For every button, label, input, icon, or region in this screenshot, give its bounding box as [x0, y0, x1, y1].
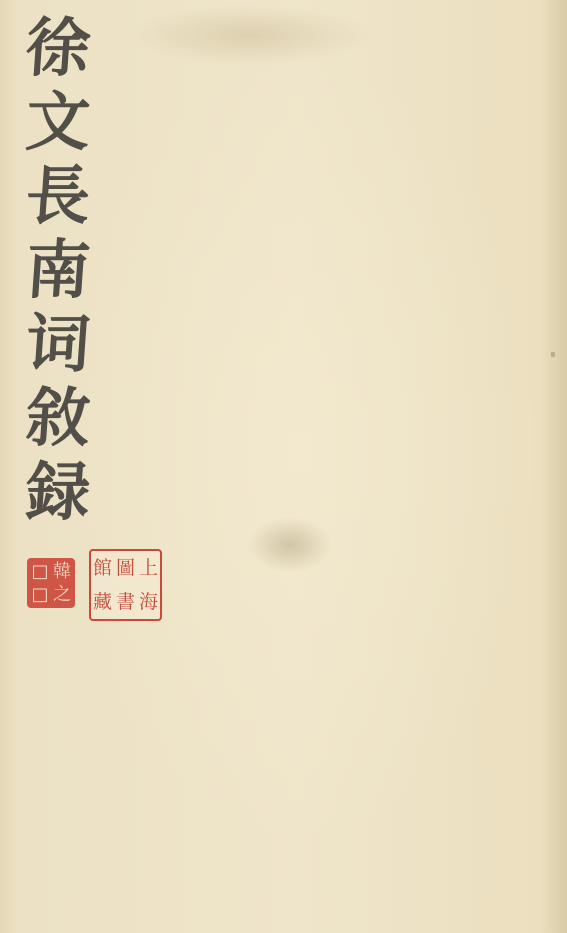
book-page: 徐 文 長 南 词 敘 録 韓 □ 之 □ 上 海 圖 書 館 藏 — [0, 0, 567, 933]
title-char: 文 — [5, 86, 110, 160]
seal-char: 上 — [137, 551, 160, 585]
title-char: 録 — [5, 456, 110, 530]
seal-char: 韓 — [51, 560, 73, 583]
paper-speck — [551, 352, 555, 357]
seal-char: 館 — [91, 551, 114, 585]
title-char: 徐 — [5, 12, 110, 86]
seal-char: 書 — [114, 585, 137, 619]
title-char: 長 — [5, 160, 110, 234]
title-char: 南 — [5, 234, 110, 308]
seal-library-collection: 上 海 圖 書 館 藏 — [89, 549, 162, 621]
seal-char: 之 — [51, 583, 73, 606]
seal-char: 圖 — [114, 551, 137, 585]
seal-char: □ — [29, 560, 51, 583]
title-char: 敘 — [5, 382, 110, 456]
seal-small: 韓 □ 之 □ — [27, 558, 75, 608]
seal-char: 海 — [137, 585, 160, 619]
seal-char: □ — [29, 583, 51, 606]
title-char: 词 — [5, 308, 110, 382]
seal-char: 藏 — [91, 585, 114, 619]
title-column: 徐 文 長 南 词 敘 録 — [8, 12, 108, 530]
